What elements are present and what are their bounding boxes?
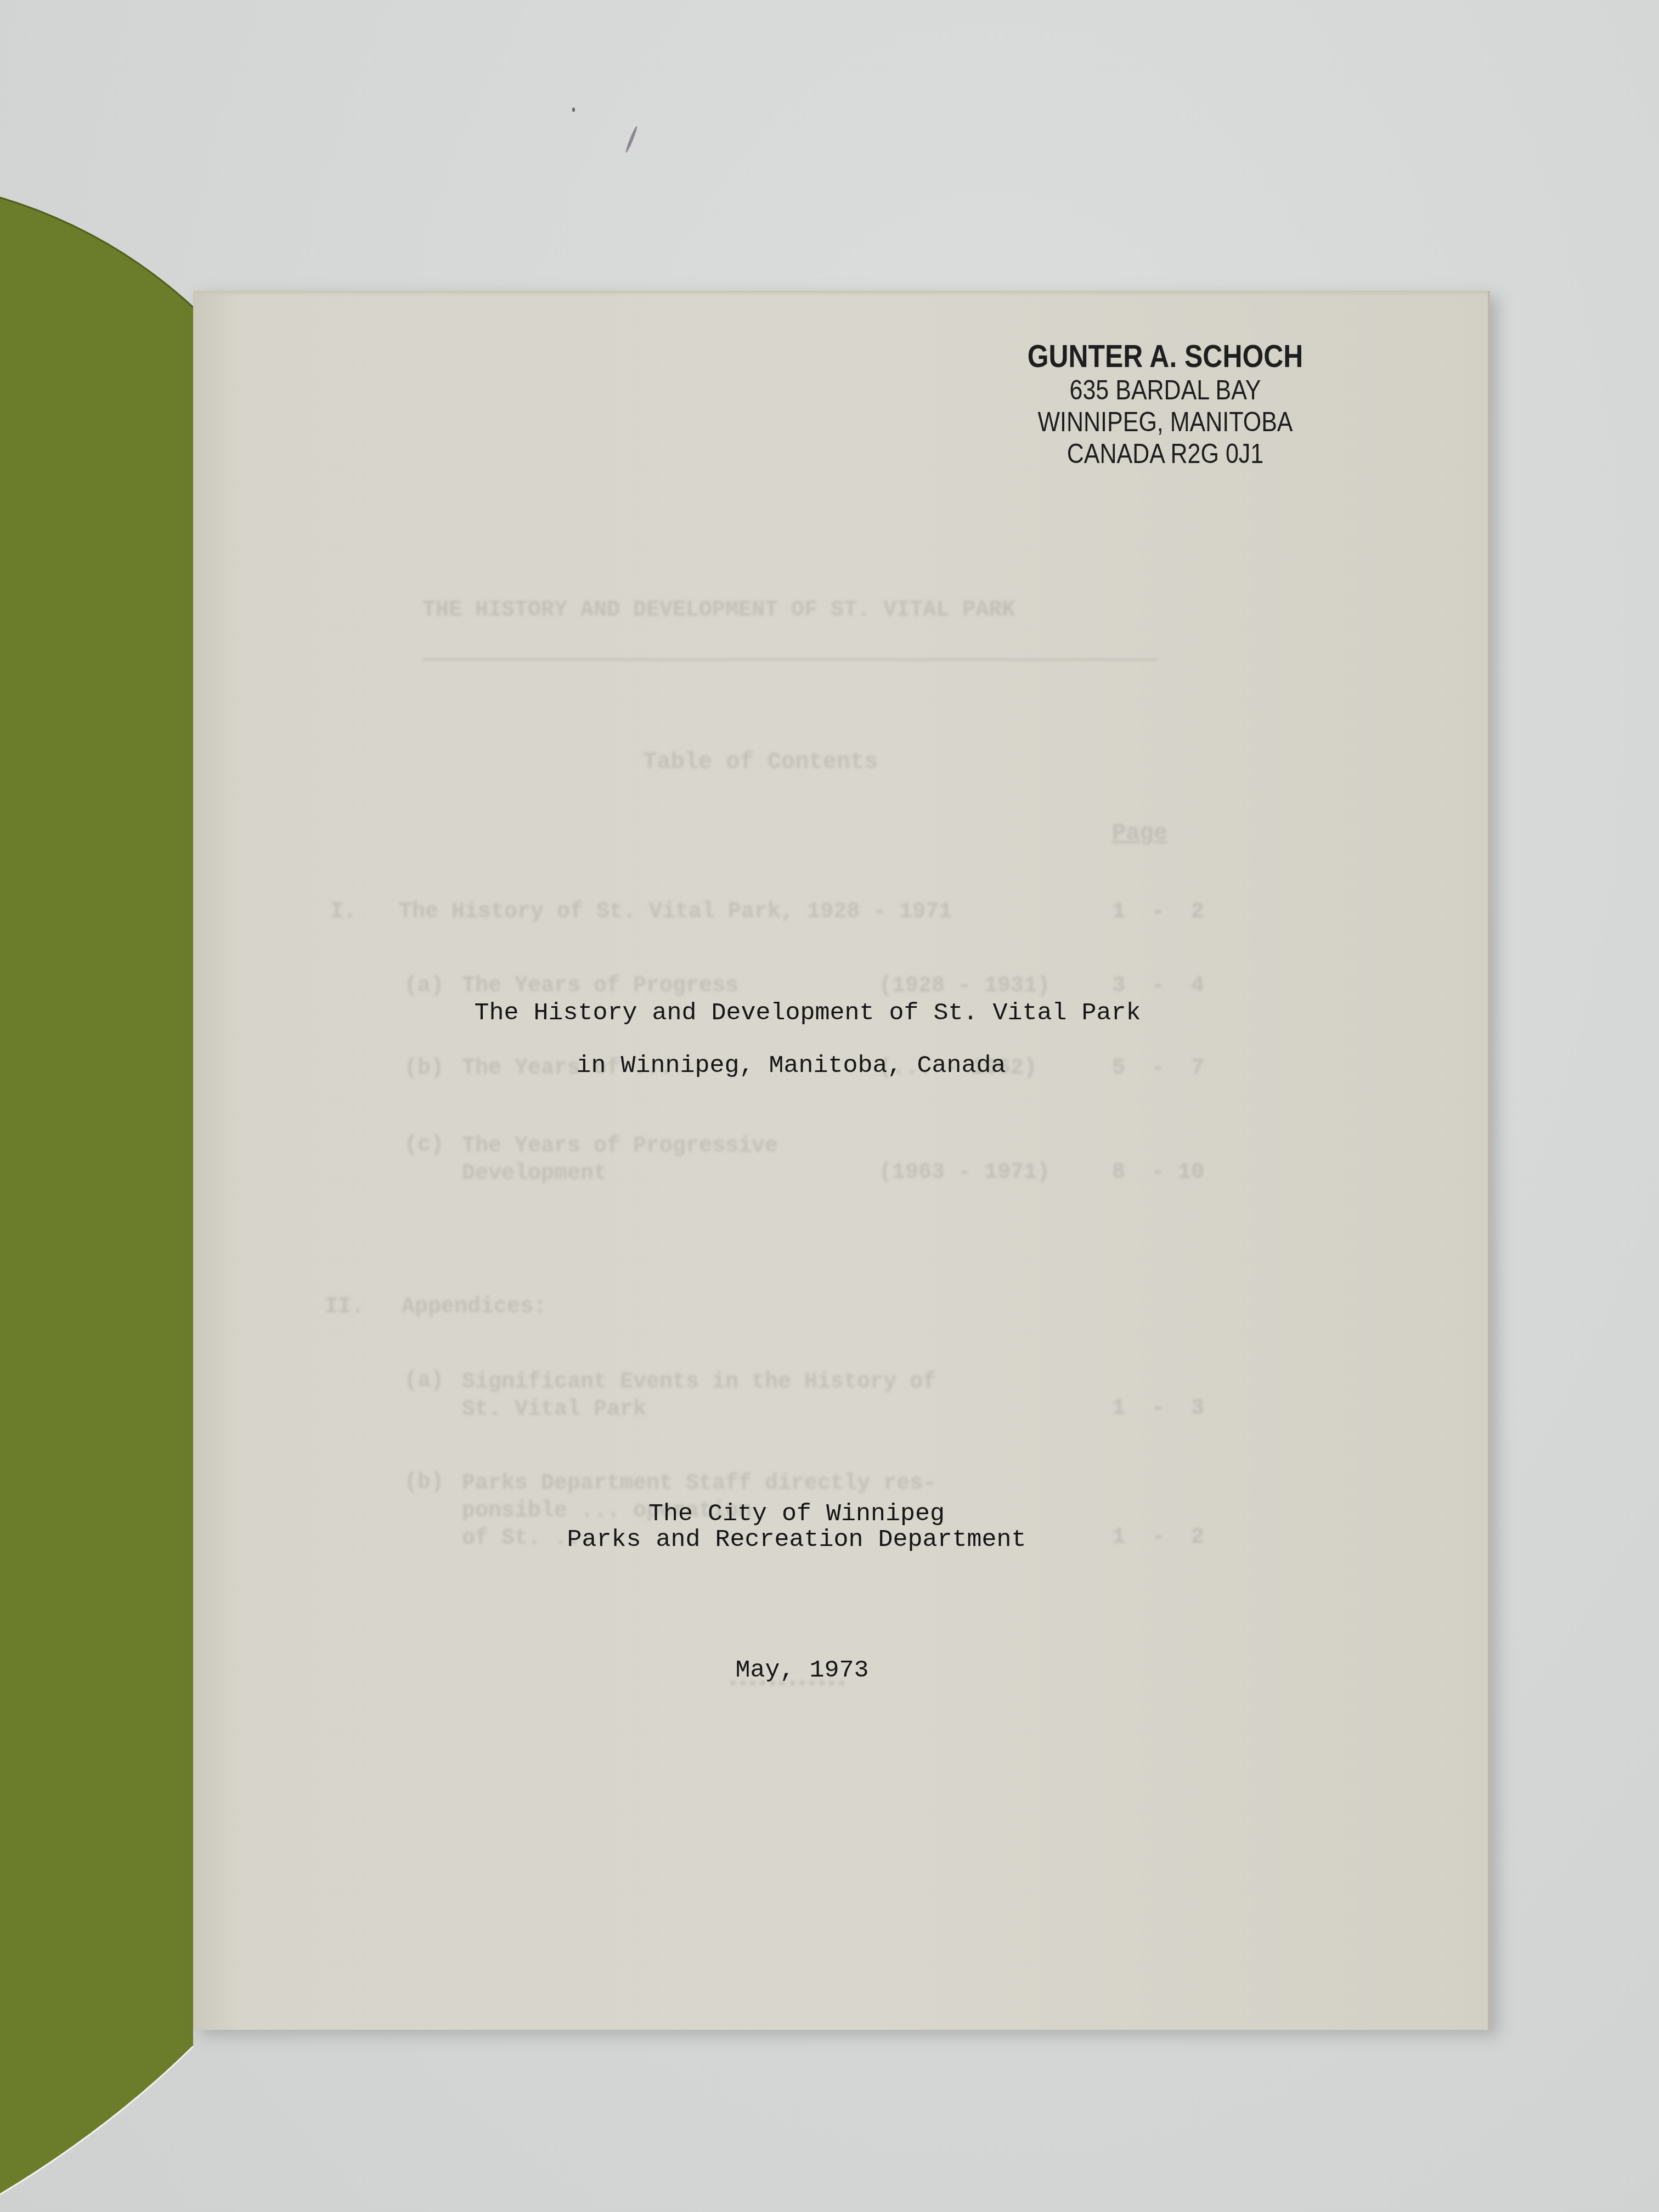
toc-entry-num: (b) — [404, 1470, 444, 1495]
toc-entry-pages: 3 - 4 — [1112, 974, 1204, 998]
show-through-asterisk-rule: ************ — [728, 1679, 847, 1697]
toc-entry-num: (c) — [404, 1133, 444, 1158]
toc-entry-text: The Years of Progressive Development — [462, 1133, 778, 1188]
page-edge-shadow — [193, 291, 1488, 296]
show-through-rule — [422, 658, 1158, 661]
toc-entry-text: Significant Events in the History of St.… — [462, 1369, 936, 1424]
stamp-city: WINNIPEG, MANITOBA — [1024, 406, 1307, 438]
document-title-line-2: in Winnipeg, Manitoba, Canada — [144, 1052, 1438, 1080]
stamp-street: 635 BARDAL BAY — [1024, 374, 1307, 406]
document-title-line-1: The History and Development of St. Vital… — [160, 1000, 1455, 1027]
background-speck — [572, 108, 575, 112]
stamp-postal: CANADA R2G 0J1 — [1024, 438, 1307, 470]
stamp-name: GUNTER A. SCHOCH — [1024, 339, 1307, 374]
toc-entry-num: (a) — [404, 1369, 444, 1393]
publisher-line-1: The City of Winnipeg — [149, 1500, 1444, 1528]
show-through-page-label: Page — [1112, 820, 1167, 847]
publisher-line-2: Parks and Recreation Department — [149, 1526, 1444, 1554]
address-stamp: GUNTER A. SCHOCH 635 BARDAL BAY WINNIPEG… — [1001, 339, 1330, 470]
show-through-toc-title: Table of Contents — [643, 749, 878, 775]
toc-entry-years: (1963 - 1971) — [879, 1160, 1050, 1185]
toc-entry-text: Appendices: — [402, 1295, 546, 1319]
title-page: THE HISTORY AND DEVELOPMENT OF ST. VITAL… — [193, 291, 1490, 2030]
toc-entry-num: (a) — [404, 974, 444, 998]
toc-entry-pages: 8 - 10 — [1112, 1160, 1204, 1185]
show-through-heading: THE HISTORY AND DEVELOPMENT OF ST. VITAL… — [422, 598, 1015, 623]
toc-entry-pages: 1 - 2 — [1112, 900, 1204, 924]
toc-entry-text: The Years of Progress — [462, 974, 738, 998]
toc-entry-pages: 1 - 3 — [1112, 1396, 1204, 1421]
toc-entry-num: I. — [330, 900, 357, 924]
toc-entry-text: The History of St. Vital Park, 1928 - 19… — [399, 900, 952, 924]
toc-entry-num: II. — [325, 1295, 364, 1319]
toc-entry-years: (1928 - 1931) — [879, 974, 1050, 998]
